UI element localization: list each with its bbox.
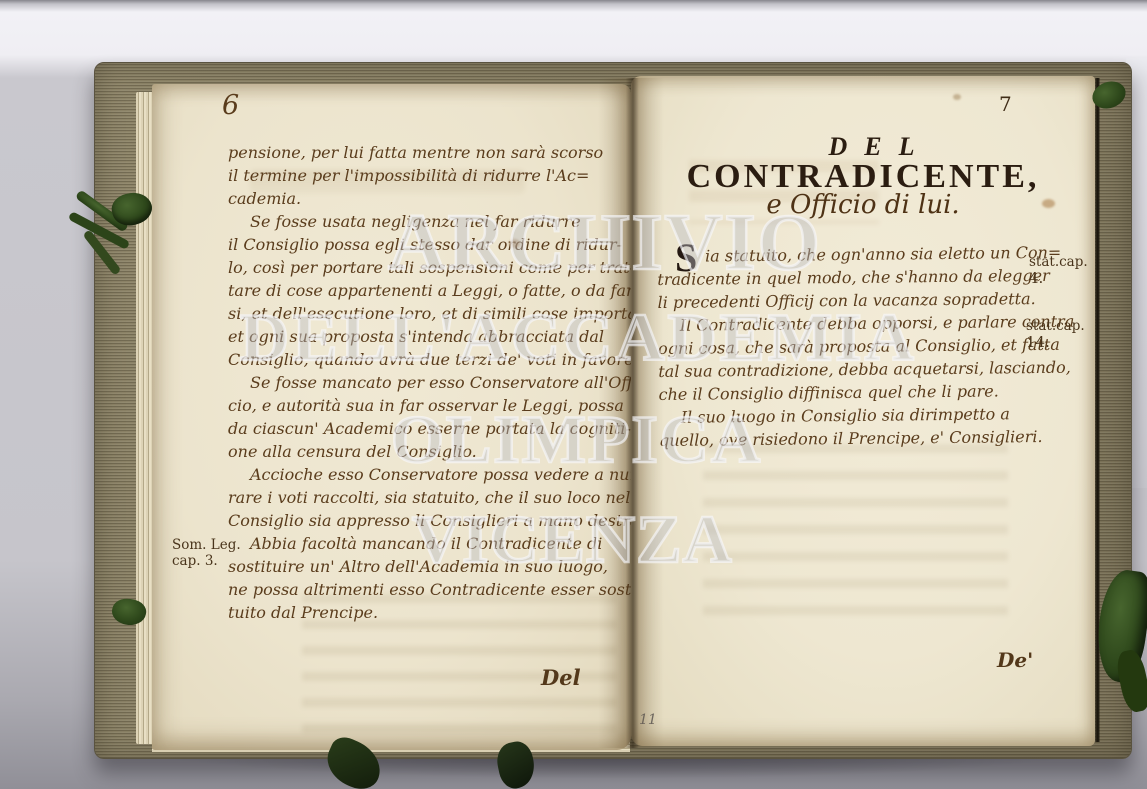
margin-note-line: Som. Leg. [172,537,241,553]
right-margin-note-1: stat.cap. 4. [1029,254,1088,286]
text-line: rare i voti raccolti, sia statuito, che … [228,486,630,509]
text-line: Consiglio, quando avrà due terzi de' vot… [228,348,630,371]
text-line: sostituire un' Altro dell'Academia in su… [228,555,630,578]
text-line: Accioche esso Conservatore possa vedere … [228,463,630,486]
right-page-text: ia statuito, che ogn'anno sia eletto un … [657,241,1059,452]
text-line: one alla censura del Consiglio. [228,440,630,463]
text-line: lo, così per portare tali sospensioni co… [228,256,630,279]
ink-stain [1042,199,1055,208]
text-line: Se fosse usata negligenza nel far ridurr… [228,210,630,233]
pencil-folio-number: 11 [639,712,657,728]
manuscript-scan: 6 pensione, per lui fatta mentre non sar… [0,0,1147,789]
ink-bleedthrough [703,444,1008,629]
right-page: 7 DEL CONTRADICENTE, e Officio di lui. S… [631,76,1095,746]
text-line: cio, e autorità sua in far osservar le L… [228,394,630,417]
text-line: quello, ove risiedono il Prencipe, e' Co… [659,425,1059,452]
text-line: da ciascun' Academico esserne portata la… [228,417,630,440]
margin-note-label: stat.cap. [1026,318,1085,334]
text-line: tuito dal Prencipe. [228,601,630,624]
margin-note-line: cap. 3. [172,553,241,569]
text-line: Consiglio sia appresso li Consiglieri a … [228,509,630,532]
right-page-number: 7 [999,92,1012,116]
left-page: 6 pensione, per lui fatta mentre non sar… [152,84,631,750]
right-catchword: De' [997,648,1033,672]
text-line: Abbia facoltà mancando il Contradicente … [228,532,630,555]
left-page-number: 6 [222,90,239,121]
text-line: cademia. [228,187,630,210]
text-line: et ogni sua proposta s'intenda abbraccia… [228,325,630,348]
ink-stain [953,94,961,100]
margin-note-label: stat.cap. [1029,254,1088,270]
text-line: il termine per l'impossibilità di ridurr… [228,164,630,187]
margin-note-number: 14. [1026,334,1085,350]
text-line: Se fosse mancato per esso Conservatore a… [228,371,630,394]
right-margin-note-2: stat.cap. 14. [1026,318,1085,350]
text-line: pensione, per lui fatta mentre non sarà … [228,141,630,164]
ink-stain [509,239,520,248]
left-catchword: Del [541,665,581,690]
chapter-subtitle: e Officio di lui. [631,190,1095,220]
margin-note-number: 4. [1029,270,1088,286]
text-line: ne possa altrimenti esso Contradicente e… [228,578,630,601]
text-line: si, et dell'esecutione loro, et di simil… [228,302,630,325]
text-line: tare di cose appartenenti a Leggi, o fat… [228,279,630,302]
left-margin-note: Som. Leg. cap. 3. [172,537,241,569]
text-line: il Consiglio possa egli stesso dar ordin… [228,233,630,256]
left-page-text: pensione, per lui fatta mentre non sarà … [228,141,630,624]
